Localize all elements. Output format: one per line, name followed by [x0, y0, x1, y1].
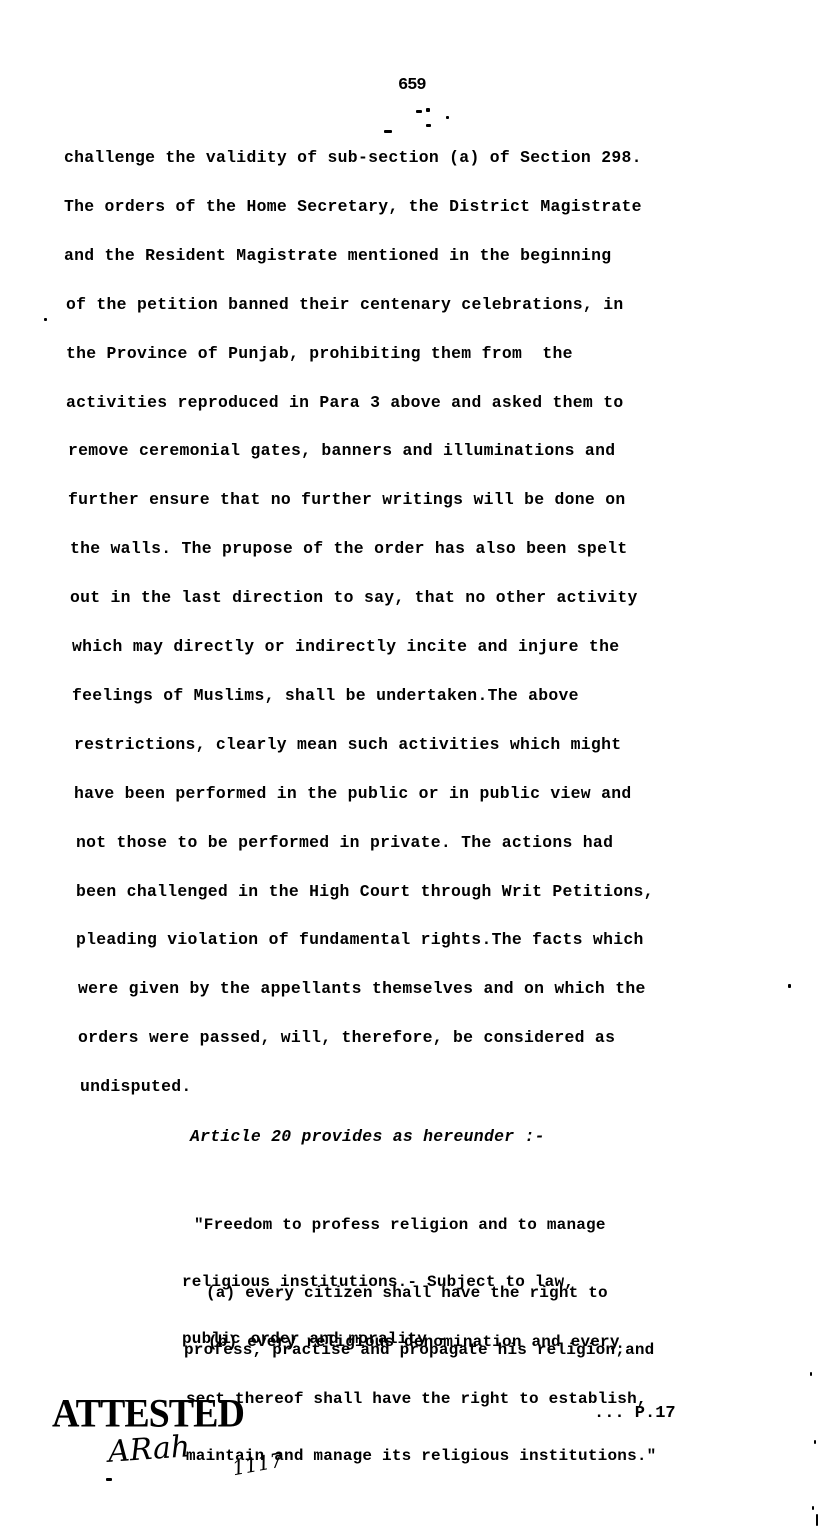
paragraph-line: further ensure that no further writings … [68, 490, 625, 509]
page-number: 659 [398, 76, 426, 95]
clause-b-line: sect thereof shall have the right to est… [186, 1390, 656, 1409]
scan-speck [812, 1506, 814, 1510]
paragraph-line: the Province of Punjab, prohibiting them… [66, 344, 573, 363]
paragraph-line: not those to be performed in private. Th… [76, 833, 613, 852]
paragraph-line: have been performed in the public or in … [74, 784, 631, 803]
paragraph-line: feelings of Muslims, shall be undertaken… [72, 686, 579, 705]
paragraph-line: challenge the validity of sub-section (a… [64, 148, 642, 167]
document-page: 659 challenge the validity of sub-sectio… [0, 0, 840, 1540]
scan-speck [810, 1372, 812, 1376]
quote-heading-line: "Freedom to profess religion and to mana… [182, 1216, 606, 1235]
paragraph-line: undisputed. [80, 1077, 192, 1096]
paragraph-line: been challenged in the High Court throug… [76, 882, 654, 901]
paragraph-line: and the Resident Magistrate mentioned in… [64, 246, 611, 265]
scan-speck [816, 1514, 818, 1526]
paragraph-line: were given by the appellants themselves … [78, 979, 646, 998]
scan-speck [788, 984, 791, 988]
signature: ARah [107, 1429, 191, 1470]
scan-speck [106, 1478, 112, 1481]
paragraph-line: out in the last direction to say, that n… [70, 588, 638, 607]
paragraph-line: which may directly or indirectly incite … [72, 637, 619, 656]
paragraph-line: pleading violation of fundamental rights… [76, 930, 644, 949]
paragraph-line: of the petition banned their centenary c… [66, 295, 623, 314]
paragraph-line: activities reproduced in Para 3 above an… [66, 393, 623, 412]
scan-speck [814, 1440, 816, 1444]
clause-b-line: (b) every religious denomination and eve… [186, 1333, 656, 1352]
paragraph-line: remove ceremonial gates, banners and ill… [68, 441, 615, 460]
paragraph-line: the walls. The prupose of the order has … [70, 539, 627, 558]
article-intro: Article 20 provides as hereunder :- [190, 1127, 545, 1146]
attested-stamp: ATTESTED [52, 1391, 244, 1437]
continuation-marker: ... P.17 [594, 1404, 676, 1423]
scan-speck [44, 318, 47, 321]
paragraph-line: The orders of the Home Secretary, the Di… [64, 197, 642, 216]
paragraph-line: orders were passed, will, therefore, be … [78, 1028, 615, 1047]
paragraph-line: restrictions, clearly mean such activiti… [74, 735, 621, 754]
